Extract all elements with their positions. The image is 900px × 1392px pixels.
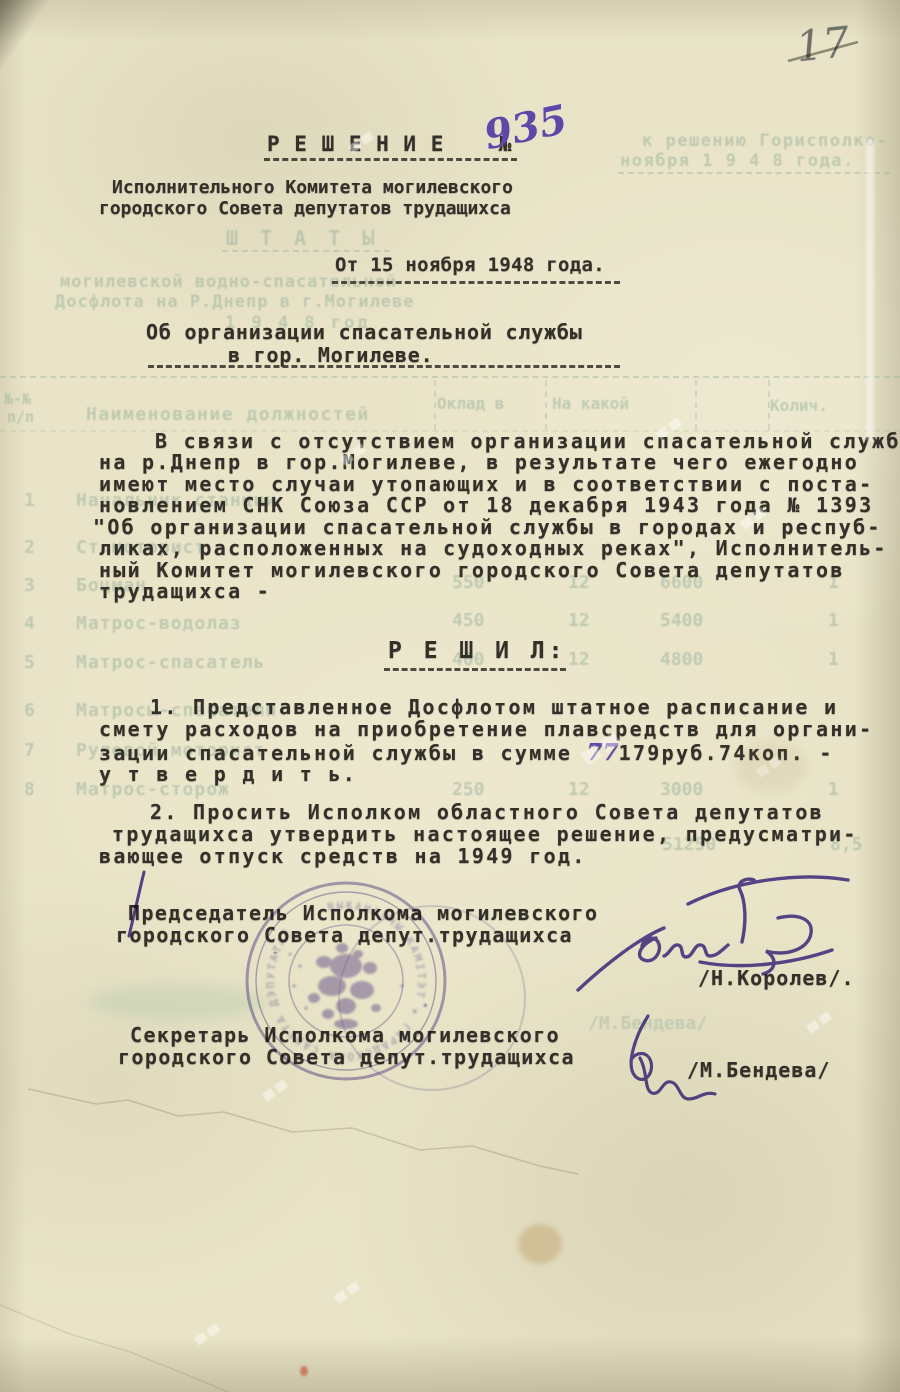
item1-line3-suffix: 179руб.74коп. -: [619, 741, 834, 765]
bleed-note-line1: к решению Горисполко-: [642, 131, 888, 151]
date-line: От 15 ноября 1948 года.: [335, 254, 605, 276]
item2-line1: 2. Просить Исполком областного Совета де…: [150, 800, 824, 824]
bleed-row-title: Матрос-спасатель: [76, 652, 265, 673]
pencil-page-number: 17: [794, 17, 852, 71]
bleed-row-qty: 1: [828, 779, 839, 800]
subject-line-1: Об организации спасательной службы: [146, 320, 583, 344]
bleed-staff-underline: [222, 250, 390, 252]
subject-line-2: в гор. Могилеве.: [228, 343, 433, 367]
chairman-title-2: городского Совета депут.трудащихса: [116, 923, 573, 947]
item1-line4: у т в е р д и т ь.: [99, 762, 357, 786]
scan-watermark: [334, 1281, 360, 1303]
intro-line-8: трудащихса -: [99, 579, 271, 603]
bleed-row-no: 1: [24, 490, 35, 511]
bleed-row-sum: 3000: [660, 779, 703, 800]
bleed-row-no: 3: [24, 575, 35, 596]
scan-watermark: [194, 1323, 220, 1345]
resolution-heading: Р Е Ш И Л:: [388, 638, 566, 664]
bleed-column-line: [545, 380, 547, 430]
bleed-row-salary: 250: [452, 779, 485, 800]
bleed-table-rule-top: [0, 376, 900, 378]
item2-line3: вающее отпуск средств на 1949 год.: [99, 844, 587, 868]
bleed-note-underline: [618, 172, 890, 174]
bleed-col-salary: Оклад в: [437, 394, 504, 413]
date-underline: [332, 281, 620, 284]
handwritten-doc-number: 935: [480, 96, 571, 159]
bleed-row-sum: 4800: [660, 649, 703, 670]
intro-line-6: ликах, расположенных на судоходных реках…: [99, 536, 888, 560]
intro-line-2: на р.Днепр в гор.Могилеве, в результате …: [99, 450, 859, 474]
bleed-col-no2: п/п: [7, 408, 34, 426]
item1-line1: 1. Представленное Досфлотом штатное расп…: [150, 695, 838, 719]
bleed-col-qty: Колич.: [770, 396, 828, 415]
item2-line2: трудащихса утвердить настоящее решение, …: [112, 822, 858, 846]
bleed-left-line2: Досфлота на Р.Днепр в г.Могилеве: [55, 292, 415, 312]
scanned-document-page: к решению Горисполко- ноября 1 9 4 8 год…: [0, 0, 900, 1392]
bleed-row-sum: 5400: [660, 610, 703, 631]
chairman-title-1: Председатель Исполкома могилевского: [128, 901, 598, 925]
bleed-row-no: 2: [24, 537, 35, 558]
secretary-title-2: городского Совета депут.трудащихса: [118, 1045, 575, 1069]
resolution-underline: [384, 668, 566, 671]
bleed-col-position: Наименование должностей: [86, 404, 370, 425]
chairman-name: /Н.Королев/.: [698, 966, 855, 990]
torn-edge-highlight: [866, 140, 874, 440]
stain: [518, 1224, 562, 1264]
bleed-row-no: 6: [24, 700, 35, 721]
stain: [300, 1366, 308, 1376]
stamp-star: ★: [422, 998, 429, 1011]
bleed-row-salary: 450: [452, 610, 485, 631]
bleed-row-no: 8: [24, 779, 35, 800]
bleed-row-months: 12: [568, 610, 590, 631]
doc-title: Р Е Ш Е Н И Е №: [267, 132, 513, 156]
bleed-row-months: 12: [568, 779, 590, 800]
issuer-line-2: городского Совета депутатов трудащихса: [99, 198, 511, 219]
bleed-row-title: Матрос-водолаз: [76, 613, 242, 634]
subject-underline: [148, 365, 620, 368]
bleed-column-line: [434, 380, 436, 430]
bleed-row-qty: 1: [828, 649, 839, 670]
bleed-row-no: 7: [24, 740, 35, 761]
secretary-title-1: Секретарь Исполкома могилевского: [130, 1023, 560, 1047]
item1-line2: смету расходов на приобретение плавсредс…: [99, 717, 873, 741]
stamp-asterisk: ٭: [272, 946, 279, 959]
bleed-col-term: На какой: [552, 394, 629, 413]
bleed-secretary-name: /М.Бендева/: [588, 1013, 707, 1034]
secretary-name: /М.Бендева/: [687, 1058, 830, 1082]
bleed-row-no: 4: [24, 613, 35, 634]
bleed-smudge: [88, 985, 268, 1019]
scan-watermark: [806, 1011, 832, 1033]
bleed-row-no: 5: [24, 652, 35, 673]
bleed-row-months: 12: [568, 649, 590, 670]
issuer-line-1: Исполнительного Комитета могилевского: [112, 177, 513, 198]
paper-crease: [0, 1070, 900, 1392]
bleed-staff-heading: Ш Т А Т Ы: [226, 226, 379, 250]
bleed-row-qty: 1: [828, 610, 839, 631]
scan-watermark: [262, 1079, 288, 1101]
bleed-col-no1: №-№: [4, 390, 31, 408]
bleed-note-line2: ноября 1 9 4 8 года.: [620, 151, 855, 171]
stamp-emblem: [289, 943, 404, 1029]
doc-title-underline: [264, 158, 517, 161]
bleed-column-line: [695, 380, 697, 430]
